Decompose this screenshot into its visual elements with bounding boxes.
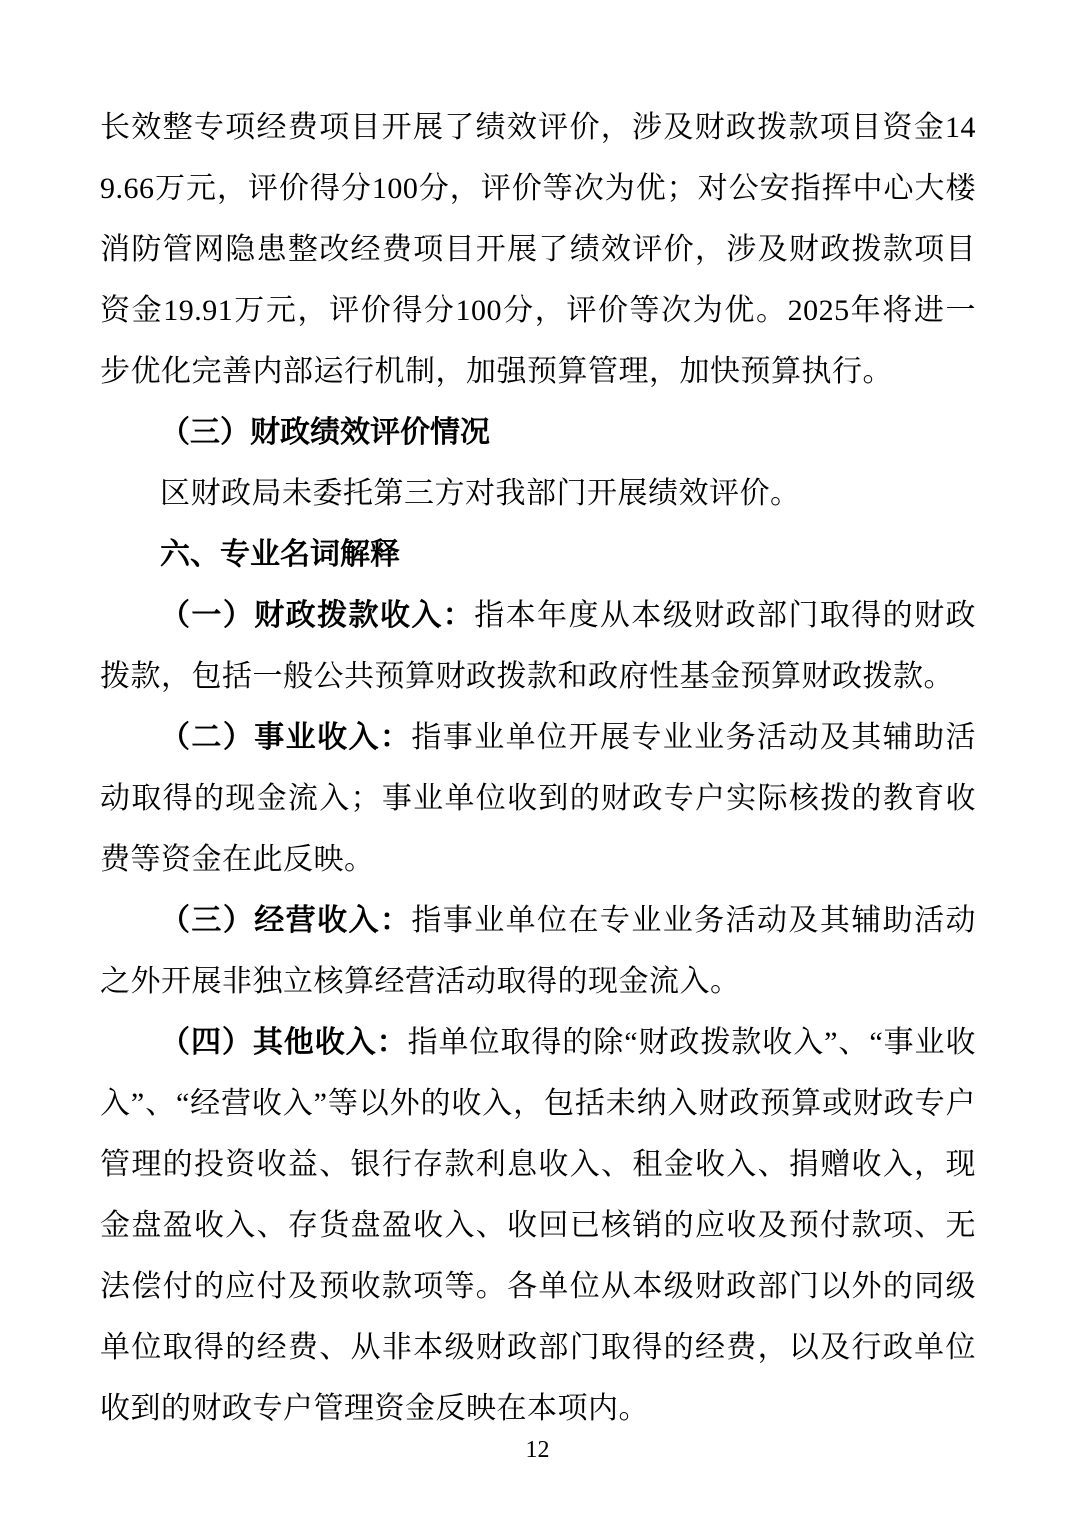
term-definition-fiscal-appropriation-income: （一）财政拨款收入：指本年度从本级财政部门取得的财政拨款，包括一般公共预算财政拨…: [100, 585, 976, 707]
term-lead-fiscal-appropriation-income: （一）财政拨款收入：: [160, 599, 474, 632]
term-lead-business-income: （三）经营收入：: [160, 904, 411, 937]
term-definition-business-income: （三）经营收入：指事业单位在专业业务活动及其辅助活动之外开展非独立核算经营活动取…: [100, 890, 976, 1012]
section-heading-fiscal-performance-evaluation: （三）财政绩效评价情况: [100, 402, 976, 463]
term-lead-institution-income: （二）事业收入：: [160, 721, 411, 754]
section-heading-terminology: 六、专业名词解释: [100, 524, 976, 585]
page-number: 12: [0, 1435, 1075, 1465]
document-page: 长效整专项经费项目开展了绩效评价，涉及财政拨款项目资金149.66万元，评价得分…: [0, 0, 1075, 1520]
term-lead-other-income: （四）其他收入：: [160, 1026, 408, 1059]
paragraph-performance-evaluation: 长效整专项经费项目开展了绩效评价，涉及财政拨款项目资金149.66万元，评价得分…: [100, 97, 976, 402]
term-text-other-income: 指单位取得的除“财政拨款收入”、“事业收入”、“经营收入”等以外的收入，包括未纳…: [100, 1026, 976, 1425]
document-body: 长效整专项经费项目开展了绩效评价，涉及财政拨款项目资金149.66万元，评价得分…: [100, 97, 976, 1439]
term-definition-other-income: （四）其他收入：指单位取得的除“财政拨款收入”、“事业收入”、“经营收入”等以外…: [100, 1012, 976, 1439]
paragraph-third-party-evaluation: 区财政局未委托第三方对我部门开展绩效评价。: [100, 463, 976, 524]
term-definition-operating-income-institution: （二）事业收入：指事业单位开展专业业务活动及其辅助活动取得的现金流入；事业单位收…: [100, 707, 976, 890]
